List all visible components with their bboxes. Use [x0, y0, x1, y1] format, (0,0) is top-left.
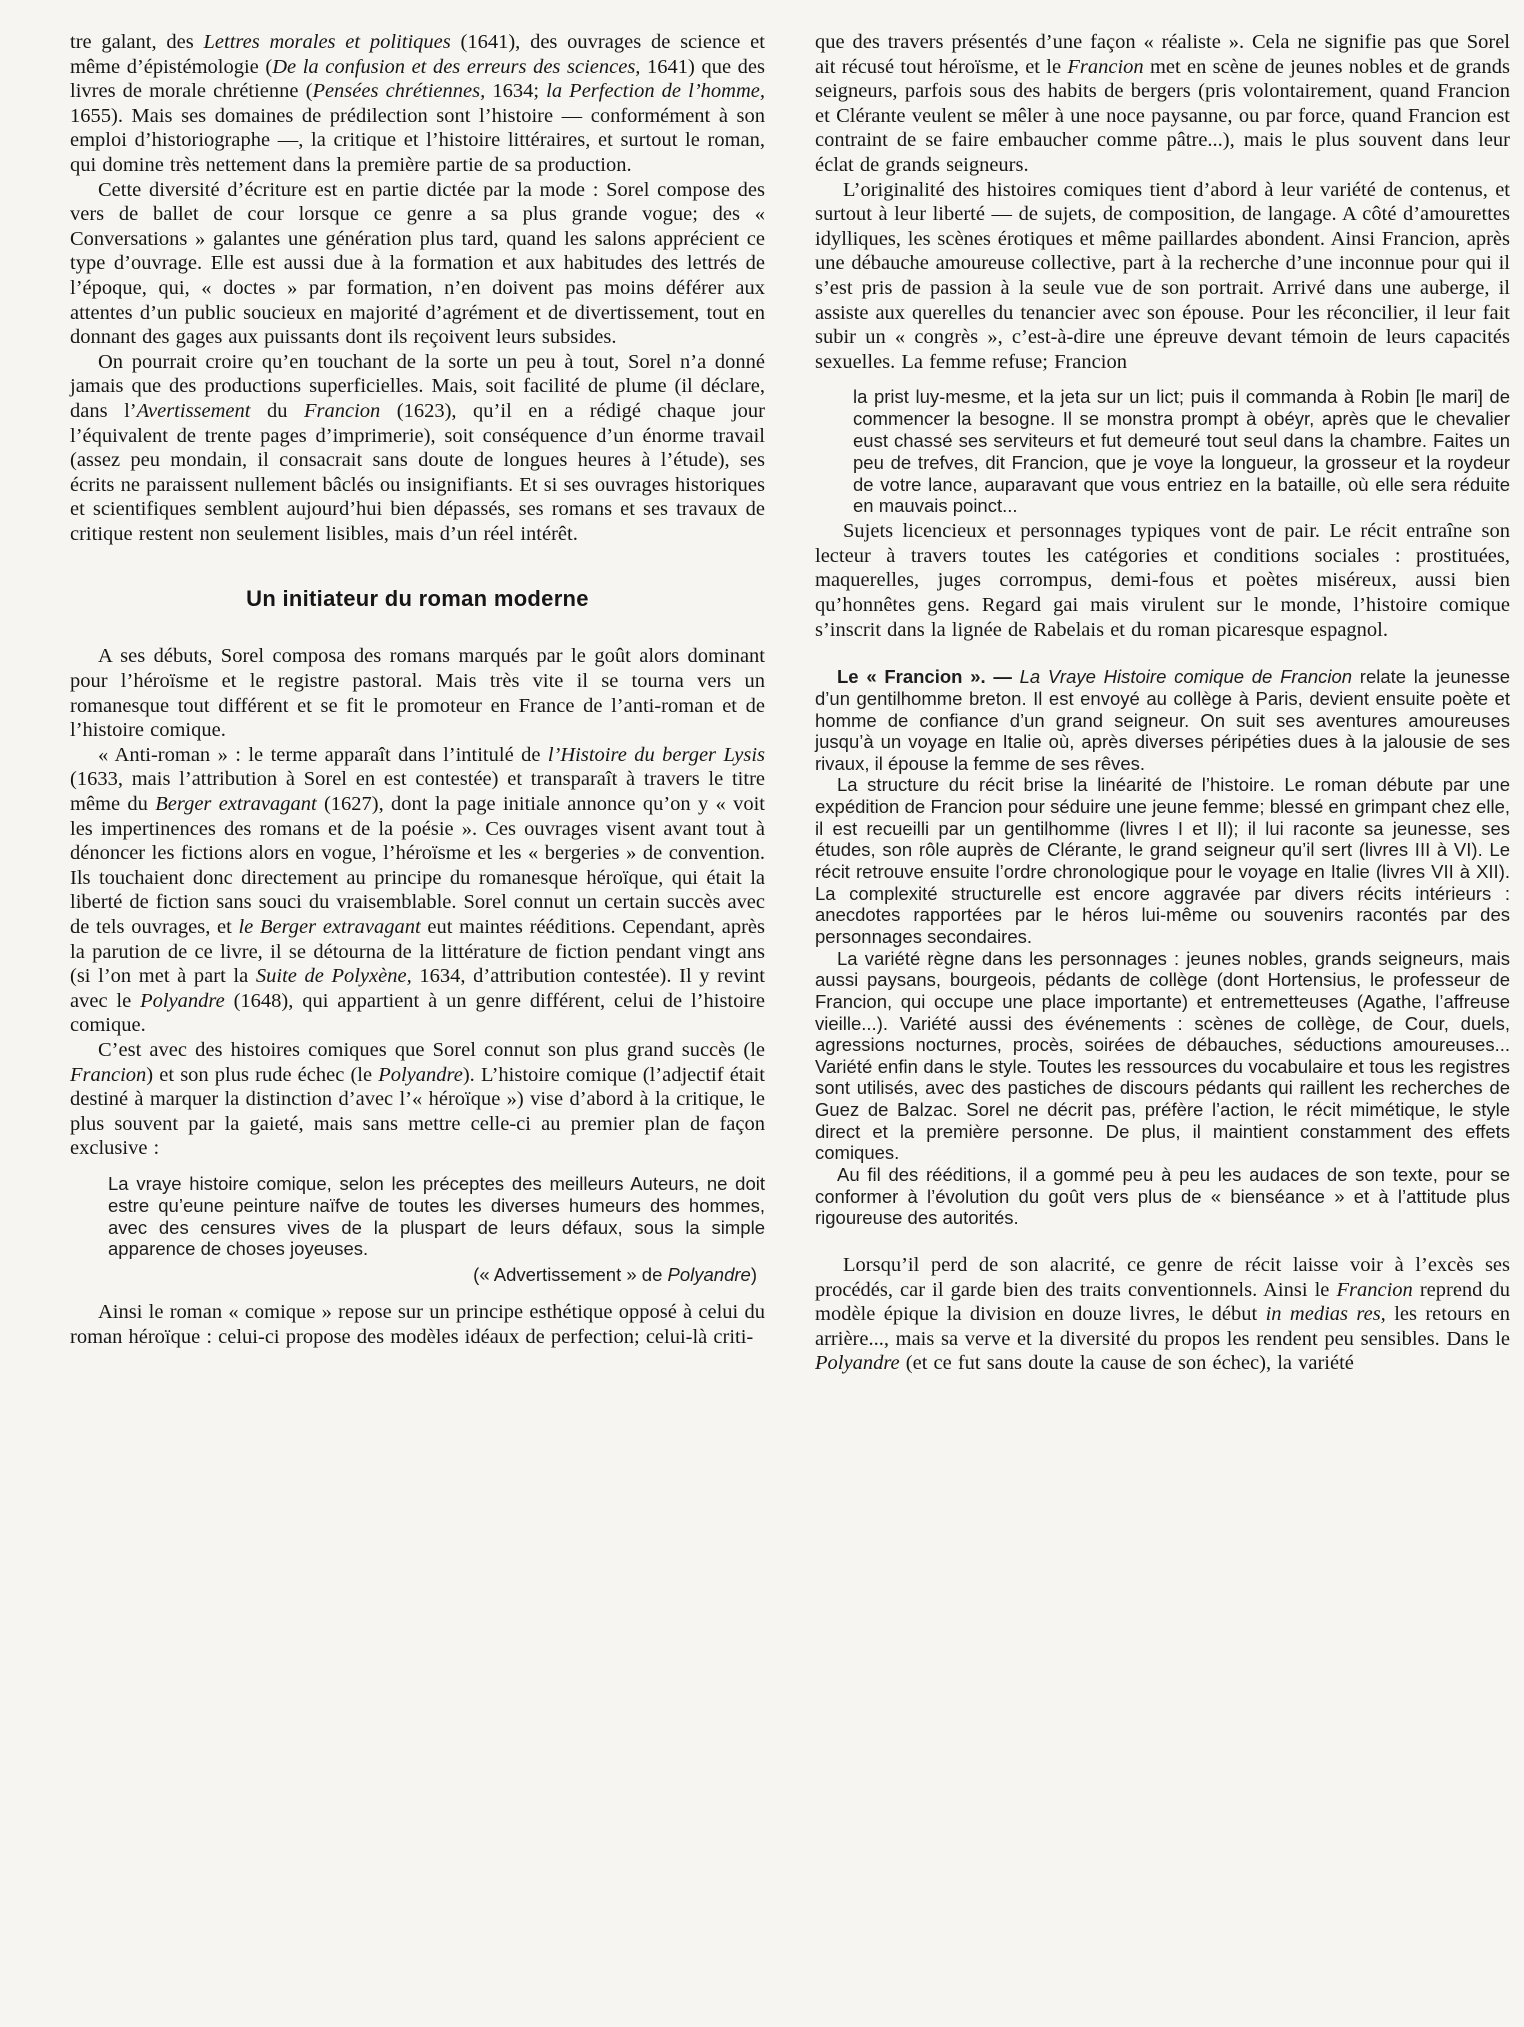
paragraph: C’est avec des histoires comiques que So…	[70, 1038, 765, 1161]
block-quote: la prist luy-mesme, et la jeta sur un li…	[853, 386, 1510, 517]
paragraph: Cette diversité d’écriture est en partie…	[70, 178, 765, 350]
inset-paragraph: Au fil des rééditions, il a gommé peu à …	[815, 1164, 1510, 1229]
text-run: tre galant, des	[70, 31, 204, 53]
text-run: « Anti-roman » : le terme apparaît dans …	[98, 744, 548, 766]
text-run: C’est avec des histoires comiques que So…	[98, 1039, 765, 1061]
text-run: (« Advertissement » de	[473, 1264, 667, 1285]
inset-box: Le « Francion ». — La Vraye Histoire com…	[815, 666, 1510, 1229]
text-run: Polyandre	[378, 1064, 463, 1086]
text-run: Francion	[70, 1064, 146, 1086]
text-run: du	[250, 400, 304, 422]
text-run: Pensées chrétiennes,	[312, 80, 485, 102]
text-run: Francion	[304, 400, 380, 422]
text-run: le Berger extravagant	[238, 916, 420, 938]
two-column-layout: tre galant, des Lettres morales et polit…	[70, 30, 1510, 1376]
text-run: La structure du récit brise la linéarité…	[815, 774, 1510, 946]
column-right: que des travers présentés d’une façon « …	[815, 30, 1510, 1376]
text-run: Avertissement	[137, 400, 251, 422]
text-run: Francion	[1067, 56, 1143, 78]
paragraph: Sujets licencieux et personnages typique…	[815, 519, 1510, 642]
text-run: Berger extravagant	[155, 793, 316, 815]
text-run: Polyandre	[668, 1264, 751, 1285]
text-run: 1634;	[485, 80, 546, 102]
paragraph: « Anti-roman » : le terme apparaît dans …	[70, 743, 765, 1038]
text-run: la prist luy-mesme, et la jeta sur un li…	[853, 386, 1510, 516]
text-run: Polyandre	[140, 990, 225, 1012]
text-run: Lettres morales et politiques	[204, 31, 451, 53]
text-run: in medias res,	[1266, 1303, 1386, 1325]
text-run: De la confusion et des erreurs des scien…	[272, 56, 640, 78]
paragraph: A ses débuts, Sorel composa des romans m…	[70, 644, 765, 742]
text-run: Sujets licencieux et personnages typique…	[815, 520, 1510, 640]
text-run: La Vraye Histoire comique de Francion	[1020, 666, 1352, 687]
text-run: Polyandre	[815, 1352, 900, 1374]
text-run: la Perfection de l’homme,	[546, 80, 765, 102]
text-run: )	[751, 1264, 757, 1285]
paragraph: Lorsqu’il perd de son alacrité, ce genre…	[815, 1253, 1510, 1376]
text-run: Au fil des rééditions, il a gommé peu à …	[815, 1164, 1510, 1228]
text-run: L’originalité des histoires comiques tie…	[815, 179, 1510, 373]
section-heading: Un initiateur du roman moderne	[70, 586, 765, 612]
text-run: ) et son plus rude échec (le	[146, 1064, 378, 1086]
text-run: La vraye histoire comique, selon les pré…	[108, 1173, 765, 1259]
column-left: tre galant, des Lettres morales et polit…	[70, 30, 765, 1376]
text-run: La variété règne dans les personnages : …	[815, 948, 1510, 1164]
paragraph: L’originalité des histoires comiques tie…	[815, 178, 1510, 375]
text-run: Cette diversité d’écriture est en partie…	[70, 179, 765, 349]
inset-paragraph: La structure du récit brise la linéarité…	[815, 774, 1510, 947]
text-run: Suite de Polyxène,	[256, 965, 412, 987]
text-run: l’Histoire du berger Lysis	[548, 744, 765, 766]
paragraph: Ainsi le roman « comique » repose sur un…	[70, 1300, 765, 1349]
text-run: Ainsi le roman « comique » repose sur un…	[70, 1301, 765, 1348]
inset-paragraph: La variété règne dans les personnages : …	[815, 948, 1510, 1164]
paragraph: tre galant, des Lettres morales et polit…	[70, 30, 765, 178]
text-run: (et ce fut sans doute la cause de son éc…	[900, 1352, 1354, 1374]
paragraph: On pourrait croire qu’en touchant de la …	[70, 350, 765, 547]
document-page: tre galant, des Lettres morales et polit…	[0, 0, 1524, 2027]
inset-paragraph: Le « Francion ». — La Vraye Histoire com…	[815, 666, 1510, 774]
text-run: 1655). Mais ses domaines de prédilection…	[70, 105, 765, 176]
paragraph: que des travers présentés d’une façon « …	[815, 30, 1510, 178]
text-run: Francion	[1336, 1279, 1412, 1301]
block-quote: La vraye histoire comique, selon les pré…	[108, 1173, 765, 1260]
text-run: Le « Francion ». —	[837, 666, 1020, 687]
text-run: A ses débuts, Sorel composa des romans m…	[70, 645, 765, 741]
quote-attribution: (« Advertissement » de Polyandre)	[70, 1264, 757, 1286]
